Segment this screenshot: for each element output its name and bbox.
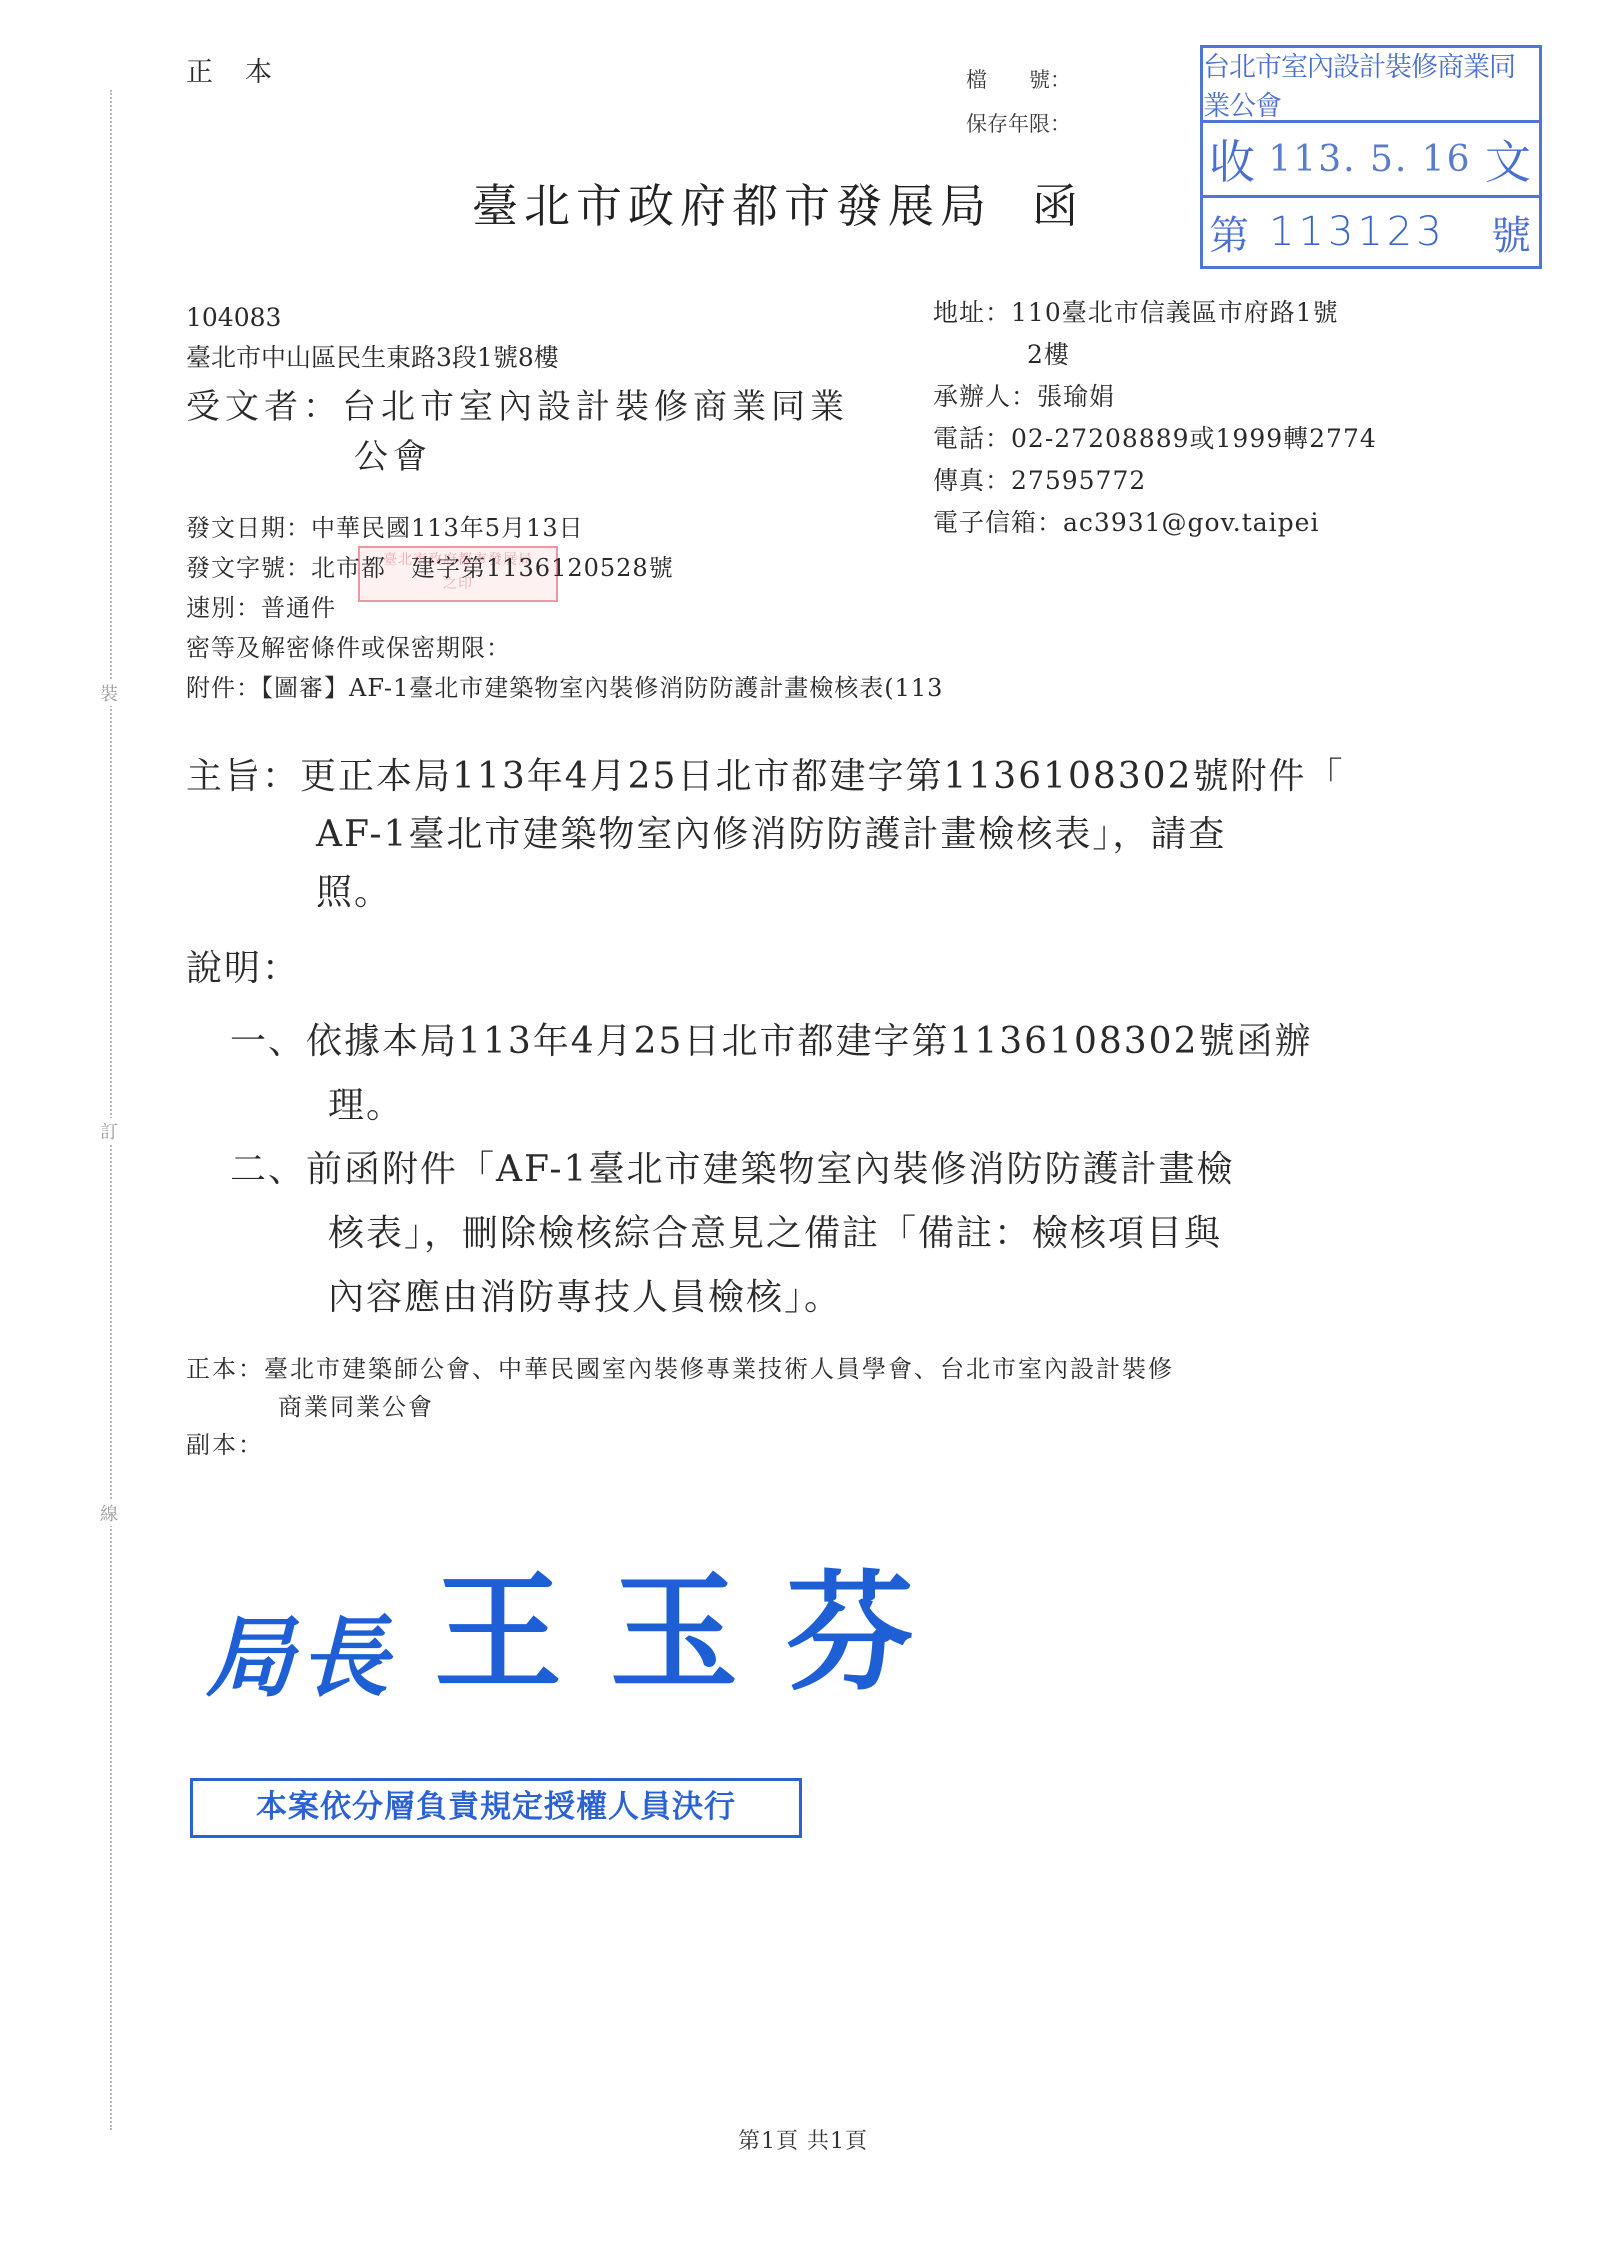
email-address[interactable]: ac3931@gov.taipei (1063, 508, 1319, 537)
agency-name: 臺北市政府都市發展局 (472, 179, 992, 233)
handler-name: 張瑜娟 (1037, 382, 1115, 411)
item-text-line2: 核表」，刪除檢核綜合意見之備註「備註：檢核項目與 (230, 1202, 1313, 1266)
item-number: 一、 (230, 1021, 306, 1062)
item-text-line1: 前函附件「AF-1臺北市建築物室內裝修消防防護計畫檢 (306, 1149, 1234, 1190)
delegation-stamp: 本案依分層負責規定授權人員決行 (190, 1778, 802, 1838)
stamp-date: 113. 5. 16 (1255, 139, 1485, 180)
speed-label: 速別： (186, 594, 261, 622)
secrecy-label: 密等及解密條件或保密期限： (186, 634, 511, 662)
explanation-items: 一、依據本局113年4月25日北市都建字第1136108302號函辦 理。 二、… (230, 1010, 1313, 1330)
signature-title: 局長 (206, 1606, 394, 1709)
phone-number: 02-27208889或1999轉2774 (1011, 424, 1377, 453)
agency-address-line1: 110臺北市信義區市府路1號 (1011, 298, 1339, 327)
stamp-number-row: 第 113123 號 (1203, 198, 1539, 266)
binding-mark-zhuang: 裝 (100, 680, 118, 706)
stamp-number: 113123 (1249, 209, 1491, 255)
recipient-name-line2: 公會 (186, 432, 849, 482)
doc-type: 函 (1032, 179, 1084, 233)
item-text-line1: 依據本局113年4月25日北市都建字第1136108302號函辦 (306, 1021, 1312, 1062)
copy-type-label: 正本 (186, 50, 304, 89)
subject-label: 主旨： (186, 756, 300, 797)
agency-address-line2: 2樓 (933, 334, 1377, 376)
reference-number: 北市都 建字第1136120528號 (311, 554, 674, 582)
binding-mark-xian: 線 (100, 1500, 118, 1526)
item-number: 二、 (230, 1149, 306, 1190)
mailing-address: 臺北市中山區民生東路3段1號8樓 (186, 338, 559, 378)
signature-name: 王玉芬 (434, 1559, 962, 1708)
stamp-date-row: 收 113. 5. 16 文 (1203, 123, 1539, 198)
address-label: 地址： (933, 298, 1011, 327)
attachment-link[interactable]: 【圖審】AF-1臺北市建築物室內裝修消防防護計畫檢核表(113 (261, 674, 943, 702)
postal-code: 104083 (186, 298, 559, 338)
stamp-doc-char: 文 (1485, 126, 1539, 192)
document-meta: 發文日期：中華民國113年5月13日 發文字號：北市都 建字第113612052… (186, 508, 943, 708)
file-meta: 檔 號： 保存年限： (966, 58, 1071, 146)
page-number: 第1頁 共1頁 (738, 2124, 868, 2155)
director-signature-stamp: 局長王玉芬 (206, 1530, 962, 1714)
subject-line2: AF-1臺北市建築物室內修消防防護計畫檢核表」，請查 (186, 806, 1345, 864)
recipient-name-line1: 台北市室內設計裝修商業同業 (342, 387, 849, 427)
recipient-address-block: 104083 臺北市中山區民生東路3段1號8樓 (186, 298, 559, 378)
stamp-number-prefix: 第 (1203, 204, 1249, 261)
issue-date: 中華民國113年5月13日 (311, 514, 584, 542)
explanation-item-1: 一、依據本局113年4月25日北市都建字第1136108302號函辦 理。 (230, 1010, 1313, 1138)
original-recipients-line1: 臺北市建築師公會、中華民國室內裝修專業技術人員學會、台北市室內設計裝修 (264, 1355, 1174, 1383)
speed-value: 普通件 (261, 594, 336, 622)
retention-label: 保存年限： (966, 102, 1071, 146)
explanation-item-2: 二、前函附件「AF-1臺北市建築物室內裝修消防防護計畫檢 核表」，刪除檢核綜合意… (230, 1138, 1313, 1330)
stamp-received-char: 收 (1203, 126, 1255, 192)
original-recipients-label: 正本： (186, 1355, 264, 1383)
subject-line1: 更正本局113年4月25日北市都建字第1136108302號附件「 (300, 756, 1344, 797)
stamp-number-suffix: 號 (1491, 204, 1539, 261)
contact-block: 地址：110臺北市信義區市府路1號 2樓 承辦人：張瑜娟 電話：02-27208… (933, 292, 1377, 544)
fax-number: 27595772 (1011, 466, 1146, 495)
binding-dotted-line (110, 90, 112, 2130)
fax-label: 傳真： (933, 466, 1011, 495)
item-text-line2: 理。 (230, 1074, 1313, 1138)
email-label: 電子信箱： (933, 508, 1063, 537)
phone-label: 電話： (933, 424, 1011, 453)
stamp-organization: 台北市室內設計裝修商業同業公會 (1203, 48, 1539, 123)
item-text-line3: 內容應由消防專技人員檢核」。 (230, 1266, 1313, 1330)
reference-label: 發文字號： (186, 554, 311, 582)
binding-mark-ding: 訂 (100, 1118, 118, 1144)
explanation-label: 說明： (186, 940, 300, 991)
issue-date-label: 發文日期： (186, 514, 311, 542)
handler-label: 承辦人： (933, 382, 1037, 411)
recipient: 受文者：台北市室內設計裝修商業同業 公會 (186, 382, 849, 482)
received-stamp: 台北市室內設計裝修商業同業公會 收 113. 5. 16 文 第 113123 … (1200, 45, 1542, 269)
recipient-label: 受文者： (186, 387, 342, 427)
agency-title: 臺北市政府都市發展局函 (472, 170, 1084, 236)
subject: 主旨：更正本局113年4月25日北市都建字第1136108302號附件「 AF-… (186, 748, 1345, 922)
distribution: 正本：臺北市建築師公會、中華民國室內裝修專業技術人員學會、台北市室內設計裝修 商… (186, 1350, 1174, 1464)
copy-recipients-label: 副本： (186, 1431, 264, 1459)
attachment-label: 附件： (186, 674, 261, 702)
subject-line3: 照。 (186, 864, 1345, 922)
original-recipients-line2: 商業同業公會 (186, 1388, 1174, 1426)
file-number-label: 檔 號： (966, 58, 1071, 102)
